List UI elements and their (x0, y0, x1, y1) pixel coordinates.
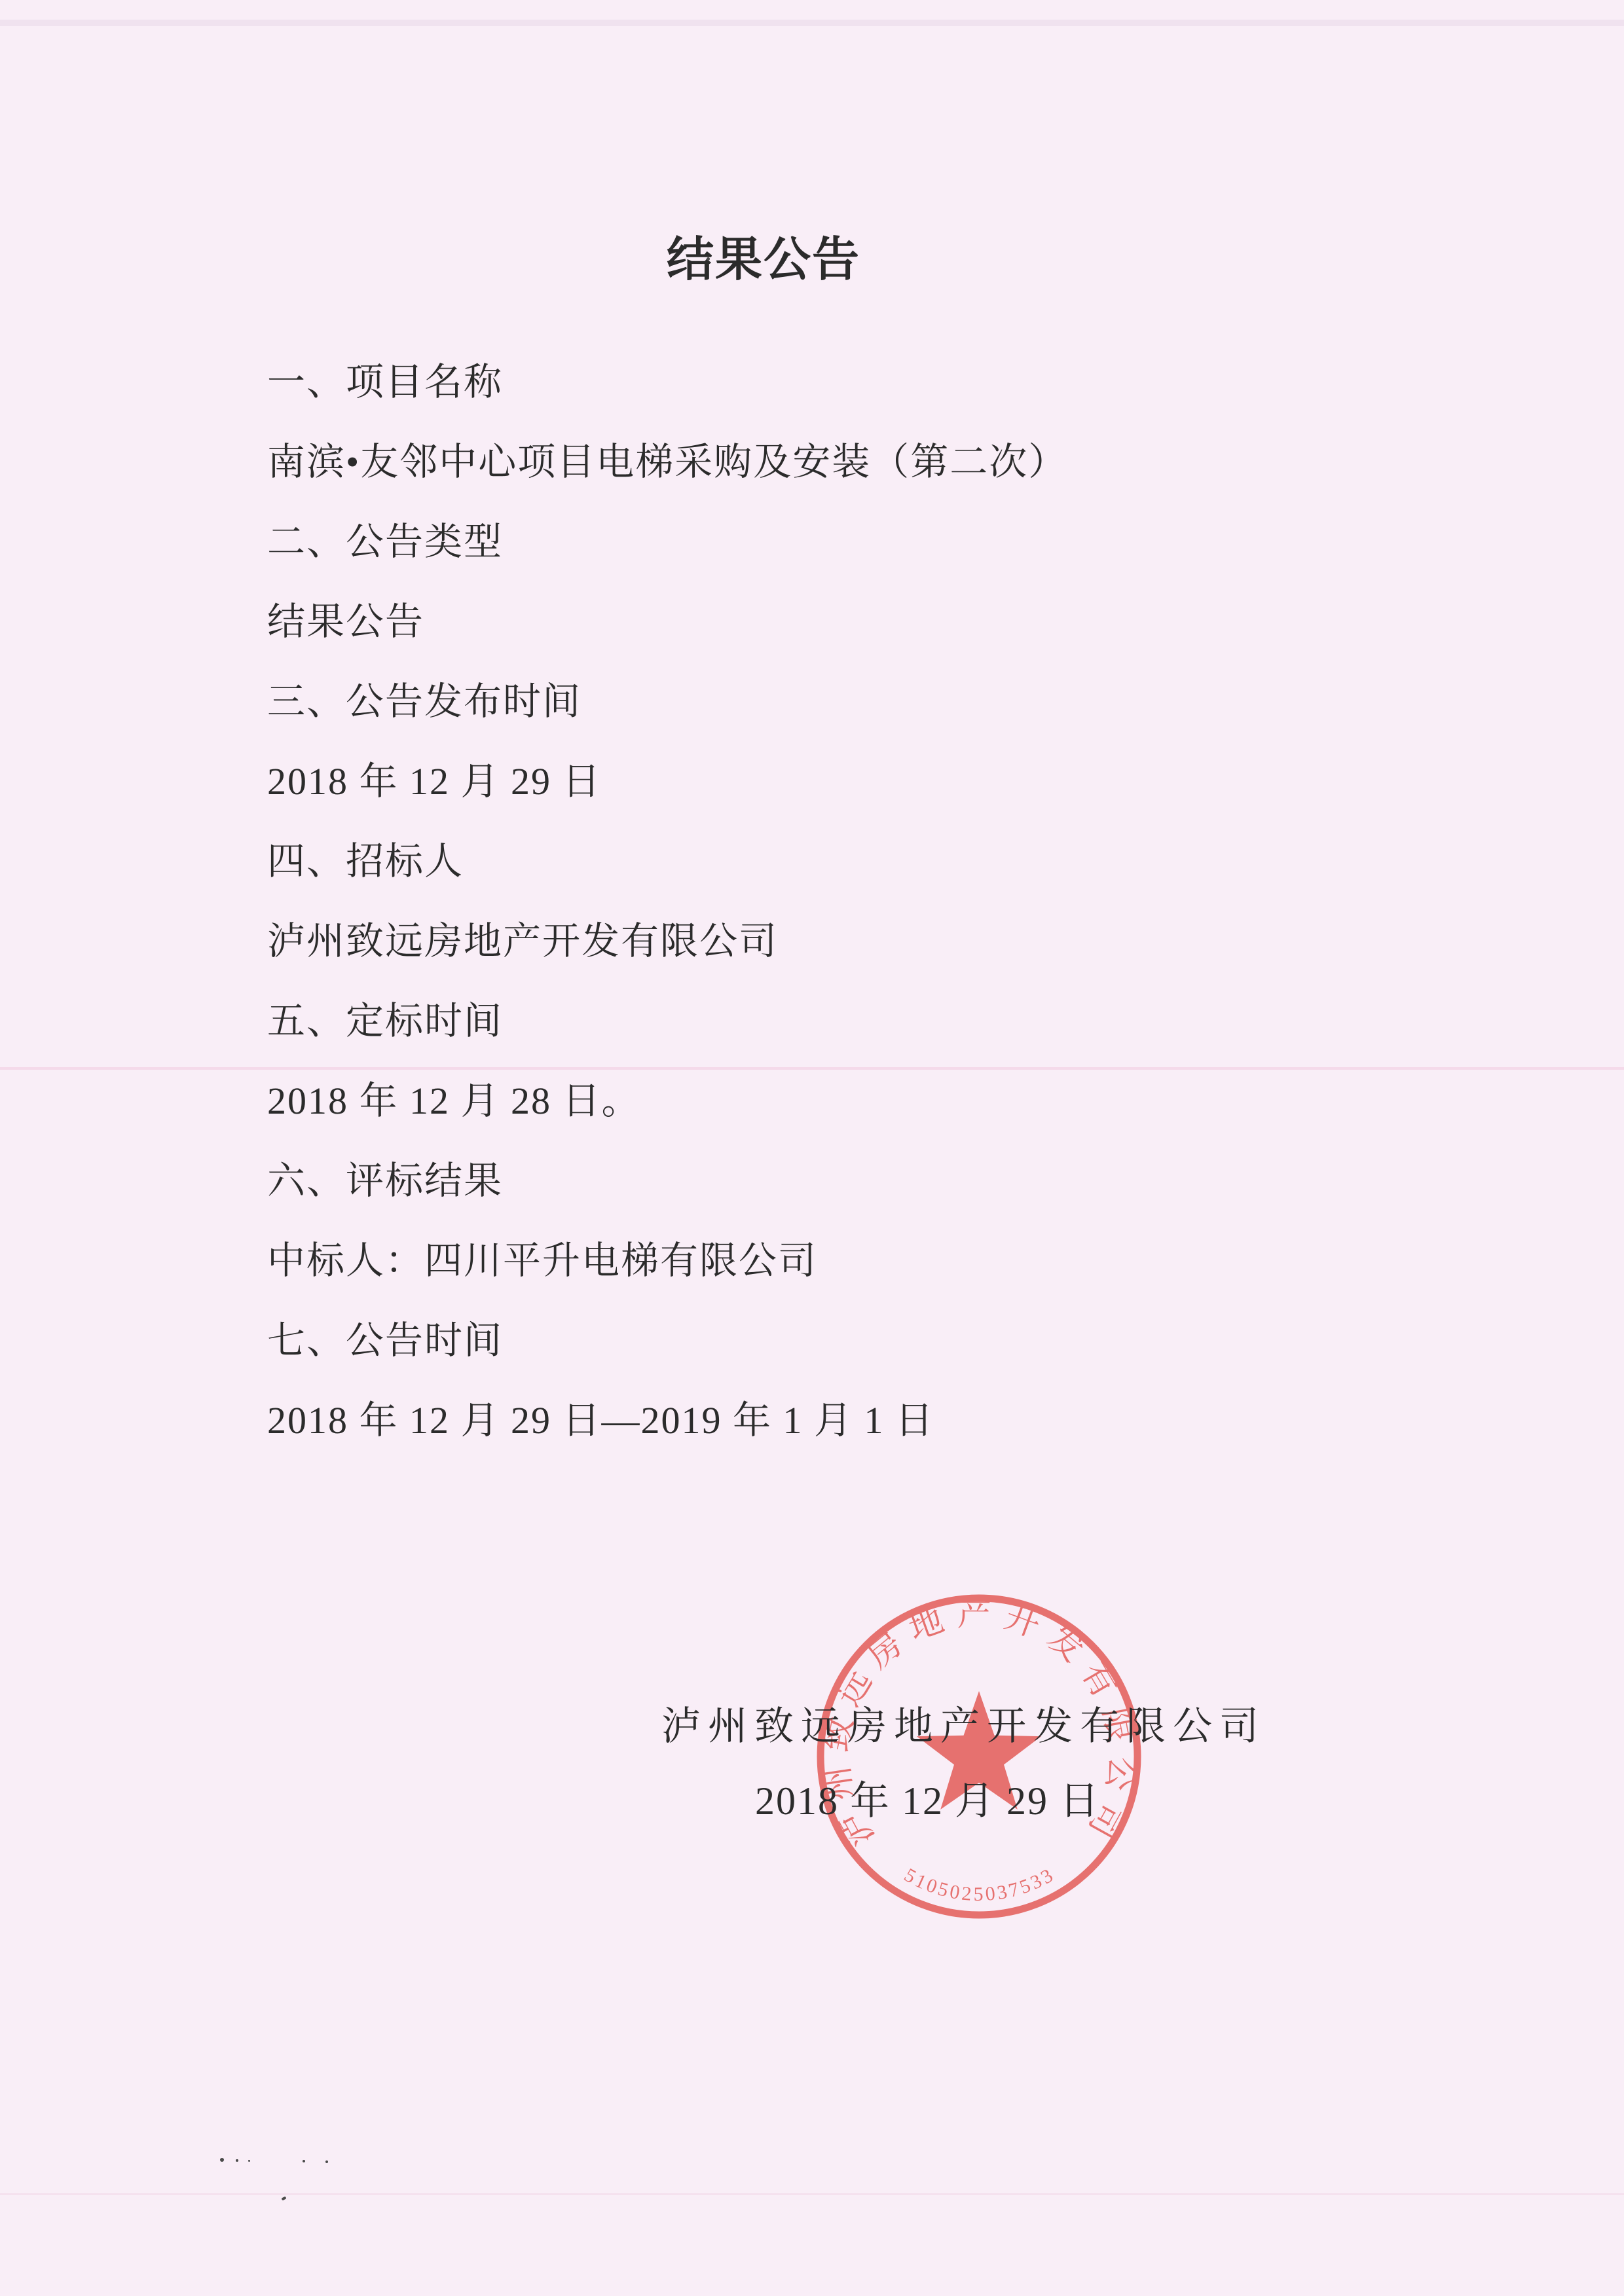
body-line: 一、项目名称 (267, 363, 503, 402)
body-line: 泸州致远房地产开发有限公司 (267, 922, 778, 961)
body-line: 三、公告发布时间 (267, 682, 581, 721)
scan-artifact-stripe (0, 2193, 1624, 2195)
body-line: 2018 年 12 月 28 日。 (267, 1082, 641, 1121)
scan-speck (236, 2159, 238, 2162)
scan-speck (707, 257, 710, 261)
body-line: 七、公告时间 (267, 1321, 503, 1360)
scan-speck (281, 2196, 286, 2201)
body-line: 南滨•友邻中心项目电梯采购及安装（第二次） (267, 443, 1067, 482)
scan-speck (248, 2160, 250, 2162)
scanned-document-page: 结果公告 一、项目名称 南滨•友邻中心项目电梯采购及安装（第二次） 二、公告类型… (0, 0, 1624, 2296)
body-line: 四、招标人 (267, 842, 464, 881)
company-seal-stamp: 泸州致远房地产开发有限公司 5105025037533 (809, 1586, 1149, 1927)
seal-serial-container: 5105025037533 (900, 1863, 1059, 1905)
scan-speck (220, 2158, 224, 2162)
body-line: 五、定标时间 (267, 1002, 503, 1041)
body-line: 六、评标结果 (267, 1161, 503, 1201)
body-line: 中标人：四川平升电梯有限公司 (267, 1241, 817, 1281)
signature-company: 泸州致远房地产开发有限公司 (661, 1706, 1266, 1747)
body-line: 结果公告 (267, 602, 424, 642)
seal-serial-number: 5105025037533 (900, 1863, 1059, 1905)
document-title: 结果公告 (667, 221, 860, 289)
signature-date: 2018 年 12 月 29 日 (755, 1781, 1100, 1821)
body-line: 二、公告类型 (267, 522, 503, 562)
scan-speck (325, 2160, 328, 2163)
scan-artifact-band (0, 20, 1624, 26)
body-line: 2018 年 12 月 29 日 (267, 762, 602, 801)
body-line: 2018 年 12 月 29 日—2019 年 1 月 1 日 (267, 1401, 934, 1440)
scan-speck (303, 2160, 305, 2162)
scan-artifact-stripe (0, 1067, 1624, 1070)
